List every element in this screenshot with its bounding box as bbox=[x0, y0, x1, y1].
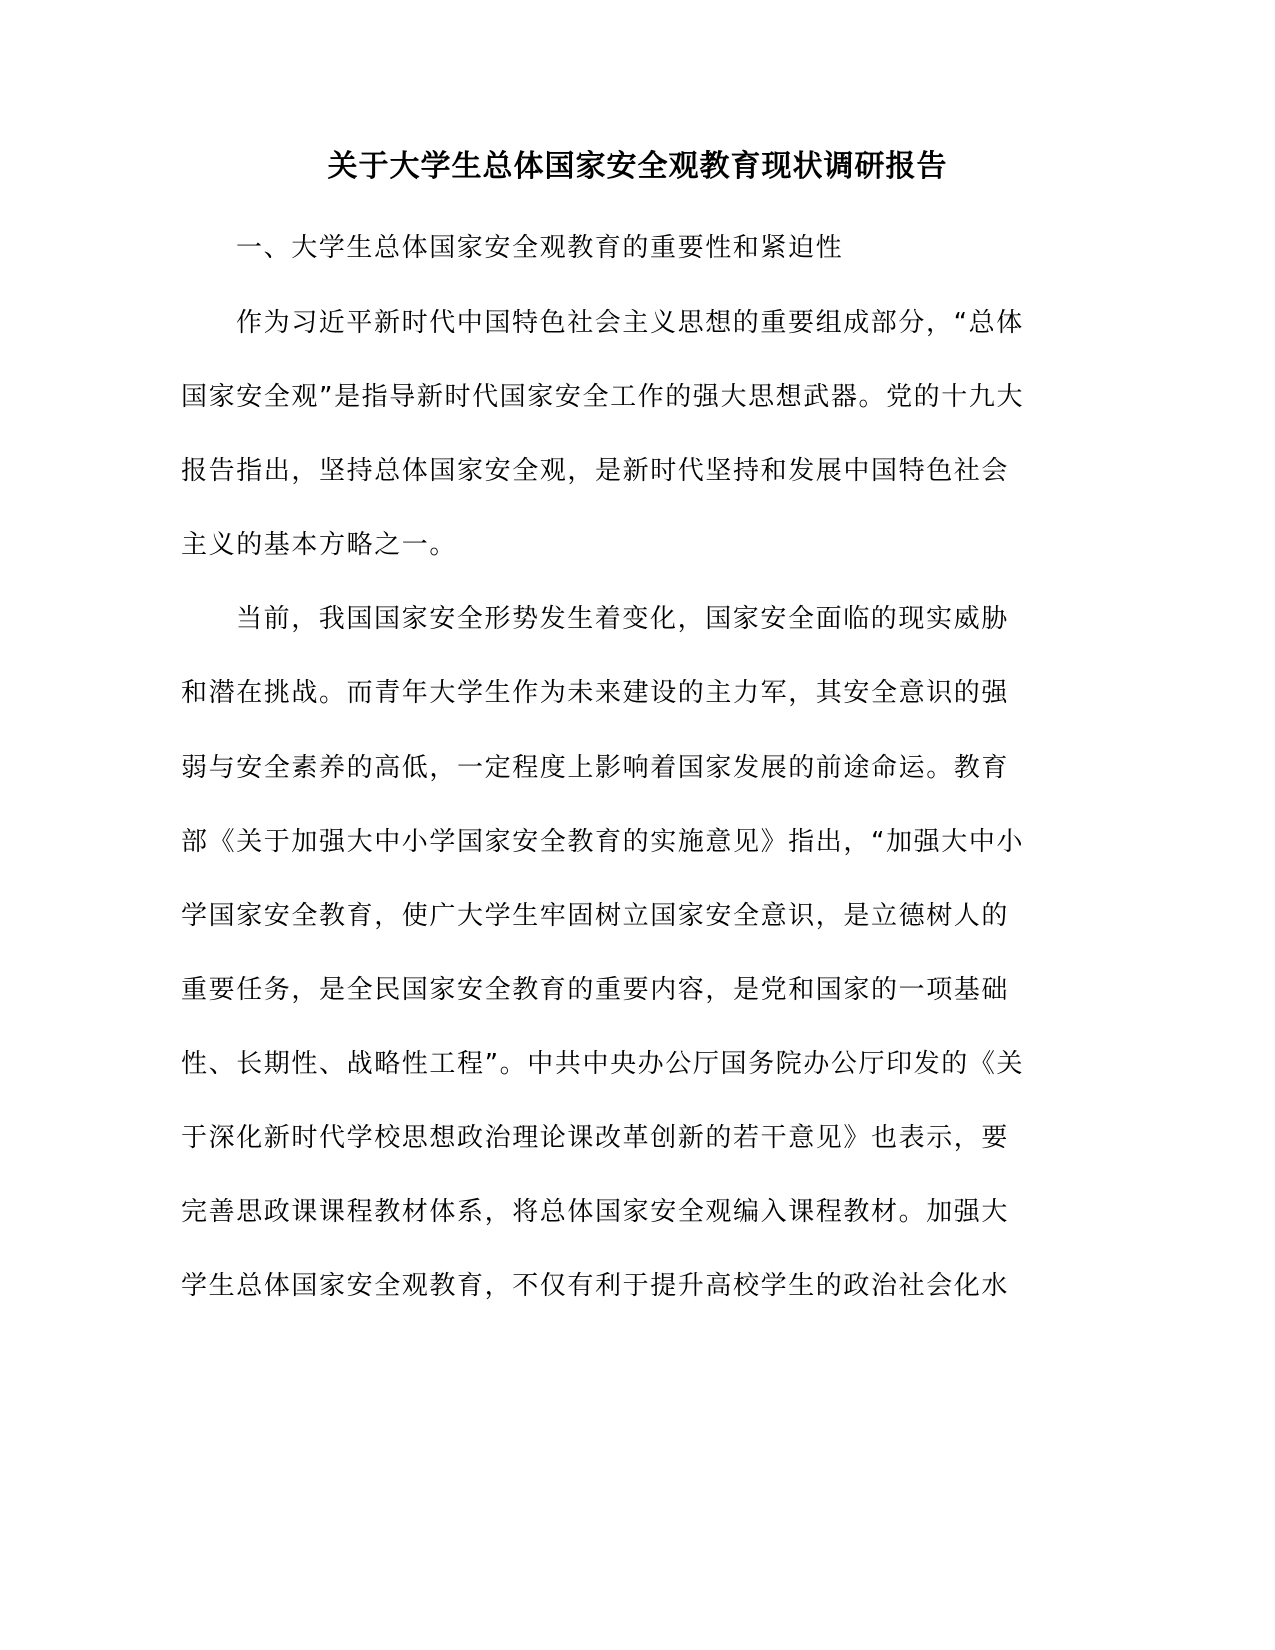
paragraph-line: 作为习近平新时代中国特色社会主义思想的重要组成部分，“总体 bbox=[236, 303, 1021, 343]
document-page: 关于大学生总体国家安全观教育现状调研报告 一、大学生总体国家安全观教育的重要性和… bbox=[0, 0, 1275, 1650]
paragraph-line: 重要任务，是全民国家安全教育的重要内容，是党和国家的一项基础 bbox=[181, 970, 1021, 1010]
document-title: 关于大学生总体国家安全观教育现状调研报告 bbox=[0, 142, 1275, 192]
paragraph-line: 国家安全观”是指导新时代国家安全工作的强大思想武器。党的十九大 bbox=[181, 377, 1021, 417]
paragraph-line: 弱与安全素养的高低，一定程度上影响着国家发展的前途命运。教育 bbox=[181, 748, 1021, 788]
paragraph-line: 完善思政课课程教材体系，将总体国家安全观编入课程教材。加强大 bbox=[181, 1192, 1021, 1232]
paragraph-line: 于深化新时代学校思想政治理论课改革创新的若干意见》也表示，要 bbox=[181, 1118, 1021, 1158]
section-heading: 一、大学生总体国家安全观教育的重要性和紧迫性 bbox=[236, 228, 1021, 268]
paragraph-line: 主义的基本方略之一。 bbox=[181, 525, 1021, 565]
paragraph-line: 性、长期性、战略性工程”。中共中央办公厅国务院办公厅印发的《关 bbox=[181, 1044, 1021, 1084]
paragraph-line: 和潜在挑战。而青年大学生作为未来建设的主力军，其安全意识的强 bbox=[181, 673, 1021, 713]
paragraph-line: 学生总体国家安全观教育，不仅有利于提升高校学生的政治社会化水 bbox=[181, 1266, 1021, 1306]
paragraph-line: 部《关于加强大中小学国家安全教育的实施意见》指出，“加强大中小 bbox=[181, 822, 1021, 862]
paragraph-line: 学国家安全教育，使广大学生牢固树立国家安全意识，是立德树人的 bbox=[181, 896, 1021, 936]
paragraph-line: 报告指出，坚持总体国家安全观，是新时代坚持和发展中国特色社会 bbox=[181, 451, 1021, 491]
paragraph-line: 当前，我国国家安全形势发生着变化，国家安全面临的现实威胁 bbox=[236, 599, 1021, 639]
